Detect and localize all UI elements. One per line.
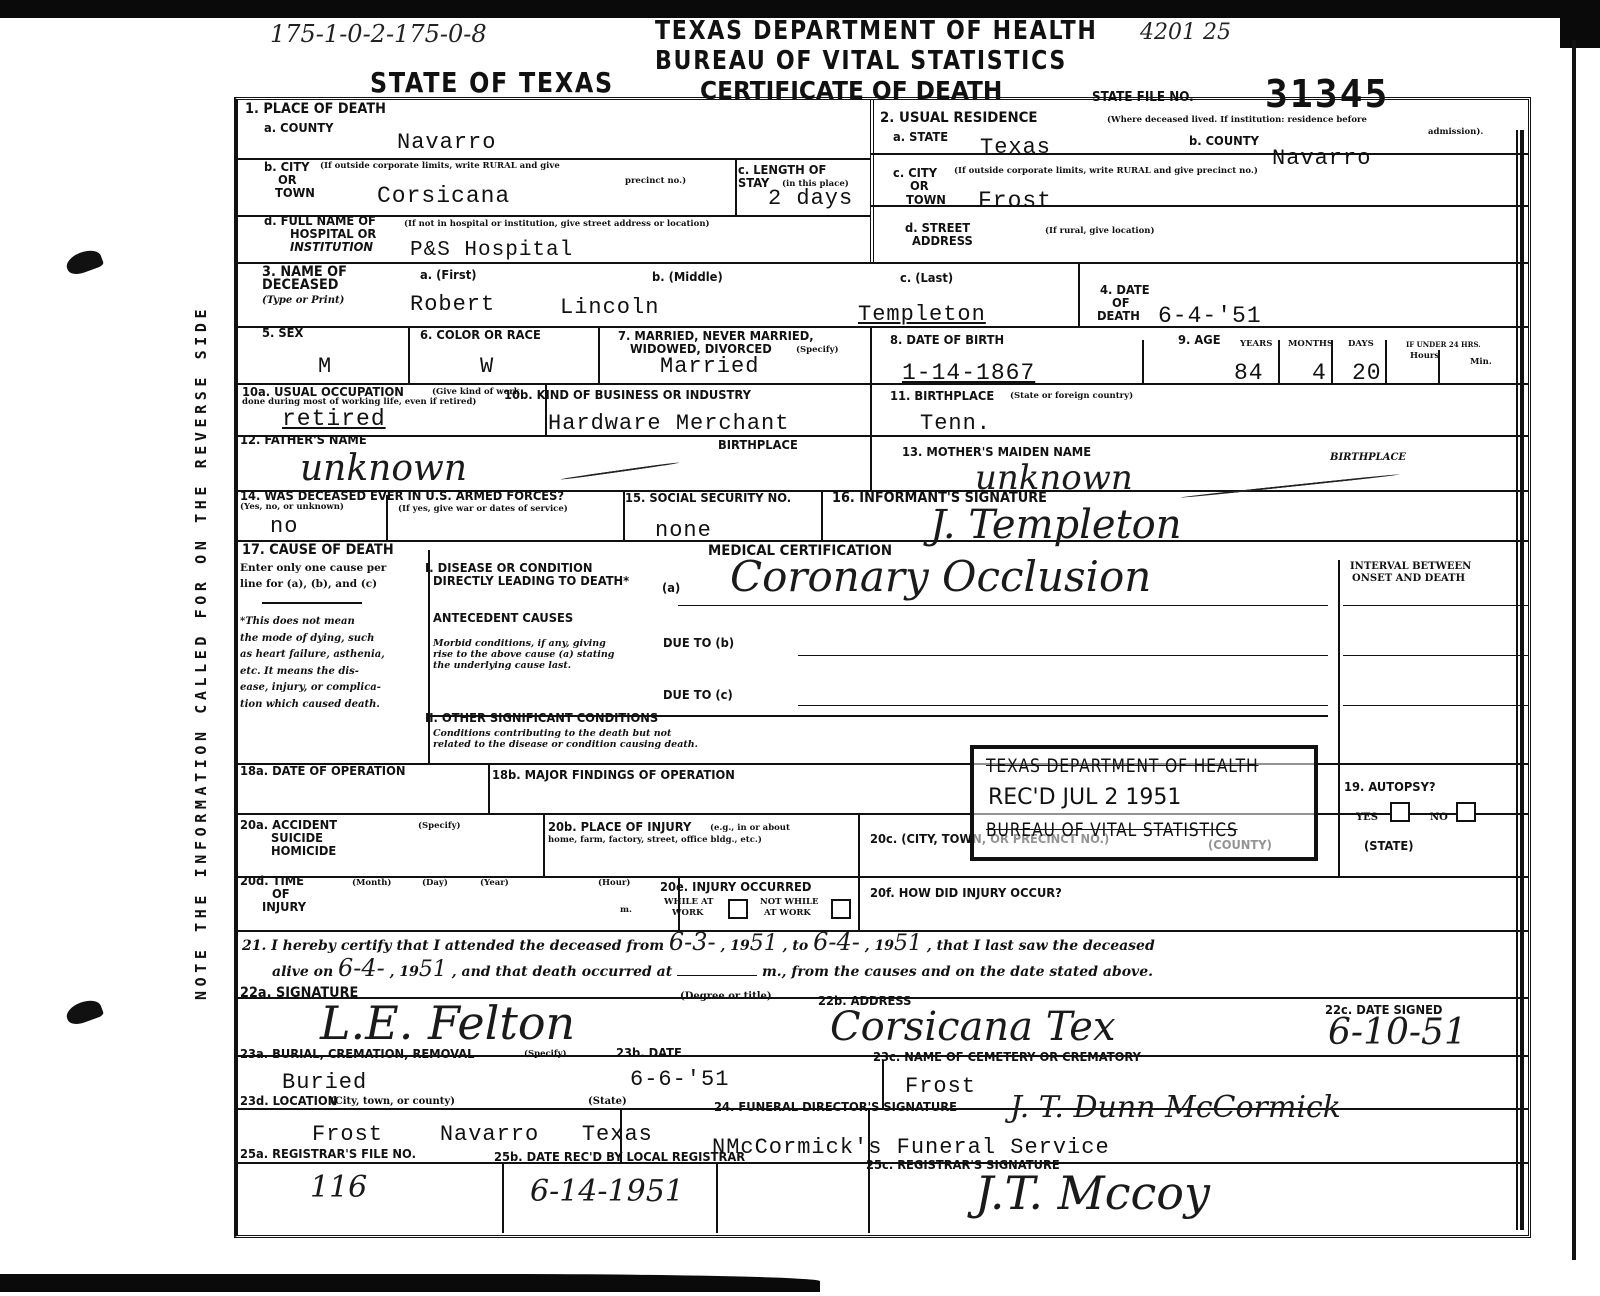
birthplace-value: Tenn. (920, 411, 991, 436)
injury-state-label: (STATE) (1364, 839, 1413, 852)
middle-name-label: b. (Middle) (652, 270, 723, 283)
death-city-value: Corsicana (377, 183, 510, 209)
injury-occurred-label: 20e. INJURY OCCURRED (660, 880, 811, 893)
autopsy-no-label: NO (1430, 813, 1448, 822)
morbid-line: Morbid conditions, if any, giving (433, 638, 614, 649)
cause-instruction: Enter only one cause per (240, 562, 386, 574)
handwritten-index-number: 175-1-0-2-175-0-8 (270, 20, 487, 48)
attended-from-year: 51 (750, 931, 778, 956)
residence-county-value: Navarro (1272, 146, 1371, 171)
certify-text: , 19 (390, 964, 419, 980)
date-of-death-value: 6-4-'51 (1158, 303, 1262, 329)
age-days-value: 20 (1352, 360, 1382, 386)
date-of-birth-value: 1-14-1867 (902, 360, 1035, 386)
age-years-value: 84 (1234, 360, 1264, 386)
while-at-work-label: WHILE AT (664, 898, 713, 907)
last-name-value: Templeton (858, 302, 986, 327)
years-label: YEARS (1240, 340, 1272, 349)
autopsy-yes-label: YES (1356, 813, 1378, 822)
while-at-work-checkbox[interactable] (728, 899, 748, 919)
certify-text: , that I last saw the deceased (927, 938, 1155, 954)
residence-or-label: OR (910, 179, 929, 192)
ssn-label: 15. SOCIAL SECURITY NO. (625, 491, 791, 504)
burial-date-label: 23b. DATE (616, 1046, 682, 1059)
other-conditions-label: II. OTHER SIGNIFICANT CONDITIONS (425, 711, 658, 724)
race-value: W (480, 354, 494, 379)
due-to-c-label: DUE TO (c) (663, 688, 733, 701)
middle-name-value: Lincoln (560, 295, 659, 320)
disposition-value: Buried (282, 1070, 367, 1095)
registrar-date-value: 6-14-1951 (530, 1174, 684, 1209)
stamp-line: BUREAU OF VITAL STATISTICS (986, 819, 1238, 841)
footnote-line: *This does not mean (240, 614, 410, 631)
county-label: a. COUNTY (264, 121, 333, 134)
bureau-title: BUREAU OF VITAL STATISTICS (655, 46, 1067, 76)
date-of-death-death: DEATH (1097, 309, 1140, 322)
informant-signature: J. Templeton (930, 502, 1182, 548)
other-conditions-note: Conditions contributing to the death but… (433, 728, 698, 750)
cause-a-label: (a) (662, 581, 680, 594)
autopsy-label: 19. AUTOPSY? (1344, 780, 1436, 793)
morbid-note: Morbid conditions, if any, giving rise t… (433, 638, 614, 671)
scan-border-corner (1560, 0, 1600, 48)
footnote-line: the mode of dying, such (240, 631, 410, 648)
first-name-value: Robert (410, 292, 495, 317)
business-label: 10b. KIND OF BUSINESS OR INDUSTRY (504, 388, 751, 401)
burial-location-label: 23d. LOCATION (240, 1094, 337, 1107)
certify-text: 21. I hereby certify that I attended the… (242, 938, 664, 954)
certify-text: , 19 (865, 938, 894, 954)
department-title: TEXAS DEPARTMENT OF HEALTH (655, 16, 1098, 46)
interval-label-2: ONSET AND DEATH (1352, 574, 1465, 583)
certify-text: m., from the causes and on the date stat… (762, 964, 1153, 980)
date-signed-value: 6-10-51 (1328, 1012, 1467, 1053)
specify-note: (Specify) (796, 346, 839, 355)
stay-label: STAY (738, 176, 769, 189)
residence-state-value: Texas (980, 135, 1051, 160)
sex-value: M (318, 354, 332, 379)
certify-text: , to (783, 938, 809, 954)
cause-footnote: *This does not mean the mode of dying, s… (240, 614, 410, 713)
cause-of-death-label: 17. CAUSE OF DEATH (242, 544, 394, 557)
min-label: Min. (1470, 358, 1492, 367)
marital-status-value: Married (660, 354, 759, 379)
attended-to-year: 51 (894, 931, 922, 956)
m-label: m. (620, 906, 632, 915)
ssn-value: none (655, 518, 712, 543)
death-county-value: Navarro (397, 130, 496, 155)
scan-border-bottom (0, 1262, 1600, 1296)
not-while-at-work-label-2: AT WORK (764, 909, 811, 918)
residence-county-label: b. COUNTY (1189, 134, 1259, 147)
operation-findings-label: 18b. MAJOR FINDINGS OF OPERATION (492, 768, 735, 781)
other-note-line: Conditions contributing to the death but… (433, 728, 698, 739)
burial-location-state-note: (State) (588, 1097, 627, 1106)
morbid-line: rise to the above cause (a) stating (433, 649, 614, 660)
father-name-signature: unknown (300, 448, 467, 489)
not-while-at-work-checkbox[interactable] (831, 899, 851, 919)
punch-hole-mark (64, 996, 105, 1027)
attended-from-date: 6-3- (669, 928, 716, 956)
reverse-side-note: NOTE THE INFORMATION CALLED FOR ON THE R… (192, 305, 210, 1000)
armed-forces-label: 14. WAS DECEASED EVER IN U.S. ARMED FORC… (240, 489, 564, 502)
specify-note: (Specify) (418, 822, 461, 831)
funeral-director-signature: J. T. Dunn McCormick (1010, 1090, 1341, 1125)
days-label: DAYS (1348, 340, 1374, 349)
occupation-value: retired (282, 406, 386, 432)
burial-location-value: Frost Navarro Texas (312, 1122, 653, 1147)
war-service-note: (If yes, give war or dates of service) (398, 505, 568, 514)
burial-date-value: 6-6-'51 (630, 1067, 729, 1092)
hospital-note: (If not in hospital or institution, give… (404, 220, 710, 229)
registrar-file-label: 25a. REGISTRAR'S FILE NO. (240, 1147, 416, 1160)
address-label: ADDRESS (912, 234, 973, 247)
stamp-received-date: REC'D JUL 2 1951 (988, 785, 1181, 810)
degree-or-title-label: (Degree or title) (680, 992, 772, 1001)
institution-label: INSTITUTION (290, 240, 373, 253)
town-label: TOWN (275, 186, 315, 199)
first-name-label: a. (First) (420, 268, 476, 281)
interval-label: INTERVAL BETWEEN (1350, 562, 1471, 571)
cemetery-label: 23c. NAME OF CEMETERY OR CREMATORY (873, 1050, 1141, 1063)
place-of-injury-label: 20b. PLACE OF INJURY (548, 820, 691, 833)
disease-label-2: DIRECTLY LEADING TO DEATH* (433, 574, 629, 587)
certification-statement: 21. I hereby certify that I attended the… (242, 936, 1155, 952)
under-24-hrs-label: IF UNDER 24 HRS. (1406, 340, 1481, 349)
funeral-director-label: 24. FUNERAL DIRECTOR'S SIGNATURE (714, 1100, 957, 1113)
father-birthplace-label: BIRTHPLACE (718, 438, 798, 451)
cause-instruction-2: line for (a), (b), and (c) (240, 578, 377, 590)
certify-text: , and that death occurred at (452, 964, 672, 980)
sex-label: 5. SEX (262, 326, 303, 339)
time-of-injury-injury: INJURY (262, 900, 306, 913)
stamp-line: TEXAS DEPARTMENT OF HEALTH (986, 755, 1259, 777)
residence-city-value: Frost (978, 188, 1052, 214)
autopsy-yes-checkbox[interactable] (1390, 802, 1410, 822)
divider (262, 602, 362, 604)
burial-location-note: (City, town, or county) (330, 1097, 455, 1106)
footnote-line: etc. It means the dis- (240, 664, 410, 681)
birthplace-label: 11. BIRTHPLACE (890, 389, 994, 402)
date-of-birth-label: 8. DATE OF BIRTH (890, 333, 1004, 346)
place-of-injury-note-2: home, farm, factory, street, office bldg… (548, 836, 762, 845)
birthplace-note: (State or foreign country) (1010, 392, 1133, 401)
type-or-print-note: (Type or Print) (262, 295, 344, 307)
registrar-date-label: 25b. DATE REC'D BY LOCAL REGISTRAR (494, 1150, 745, 1163)
length-of-stay-value: 2 days (768, 186, 853, 211)
state-title: STATE OF TEXAS (370, 66, 614, 99)
certify-text: , 19 (721, 938, 750, 954)
certification-statement-2: alive on 6-4- , 1951 , and that death oc… (272, 962, 1153, 978)
cemetery-value: Frost (905, 1074, 976, 1099)
physician-signature: L.E. Felton (320, 996, 575, 1050)
cause-a-value: Coronary Occlusion (730, 552, 1151, 601)
mother-birthplace-label: BIRTHPLACE (1330, 452, 1406, 464)
city-note: (If outside corporate limits, write RURA… (320, 162, 560, 171)
age-label: 9. AGE (1178, 333, 1221, 346)
how-injury-occurred-label: 20f. HOW DID INJURY OCCUR? (870, 886, 1062, 899)
received-stamp: TEXAS DEPARTMENT OF HEALTH REC'D JUL 2 1… (970, 745, 1318, 861)
other-note-line: related to the disease or condition caus… (433, 739, 698, 750)
race-label: 6. COLOR OR RACE (420, 328, 541, 341)
place-of-death-label: 1. PLACE OF DEATH (245, 103, 386, 116)
not-while-at-work-label: NOT WHILE (760, 898, 818, 907)
day-label: (Day) (422, 879, 448, 888)
year-label: (Year) (480, 879, 509, 888)
antecedent-causes-label: ANTECEDENT CAUSES (433, 611, 573, 624)
footnote-line: as heart failure, asthenia, (240, 647, 410, 664)
hour-label: (Hour) (598, 879, 630, 888)
hours-label: Hours (1410, 352, 1439, 361)
street-note: (If rural, give location) (1045, 227, 1155, 236)
last-seen-alive-date: 6-4- (338, 954, 385, 982)
certify-text: alive on (272, 964, 333, 980)
residence-state-label: a. STATE (893, 130, 948, 143)
months-label: MONTHS (1288, 340, 1333, 349)
punch-hole-mark (64, 246, 105, 277)
disposition-note: (Specify) (524, 1050, 567, 1059)
registrar-signature: J.T. Mccoy (975, 1166, 1210, 1220)
morbid-line: the underlying cause last. (433, 660, 614, 671)
while-at-work-label-2: WORK (672, 909, 703, 918)
autopsy-no-checkbox[interactable] (1456, 802, 1476, 822)
mother-name-label: 13. MOTHER'S MAIDEN NAME (902, 445, 1091, 458)
armed-forces-value: no (270, 514, 298, 539)
last-seen-alive-year: 51 (419, 957, 447, 982)
precinct-note: precinct no.) (625, 177, 686, 186)
deceased-label: DECEASED (262, 279, 338, 292)
business-value: Hardware Merchant (548, 411, 789, 436)
age-months-value: 4 (1312, 360, 1327, 386)
disposition-label: 23a. BURIAL, CREMATION, REMOVAL (240, 1047, 474, 1060)
residence-note-2: admission). (1428, 128, 1483, 137)
month-label: (Month) (352, 879, 391, 888)
residence-town-label: TOWN (906, 193, 946, 206)
father-name-label: 12. FATHER'S NAME (240, 433, 367, 446)
homicide-label: HOMICIDE (271, 844, 336, 857)
physician-address-value: Corsicana Tex (830, 1004, 1116, 1050)
place-of-injury-note: (e.g., in or about (710, 824, 790, 833)
registrar-file-number: 116 (310, 1170, 367, 1205)
usual-residence-label: 2. USUAL RESIDENCE (880, 112, 1038, 125)
date-of-operation-label: 18a. DATE OF OPERATION (240, 764, 405, 777)
armed-forces-note: (Yes, no, or unknown) (240, 503, 344, 512)
last-name-label: c. (Last) (900, 271, 953, 284)
handwritten-ref: 4201 25 (1140, 20, 1231, 45)
hospital-value: P&S Hospital (410, 239, 573, 262)
residence-city-note: (If outside corporate limits, write RURA… (954, 167, 1258, 176)
due-to-b-label: DUE TO (b) (663, 636, 734, 649)
footnote-line: ease, injury, or complica- (240, 680, 410, 697)
scan-edge (1572, 40, 1576, 1260)
attended-to-date: 6-4- (813, 928, 860, 956)
footnote-line: tion which caused death. (240, 697, 410, 714)
residence-note: (Where deceased lived. If institution: r… (1107, 116, 1367, 125)
